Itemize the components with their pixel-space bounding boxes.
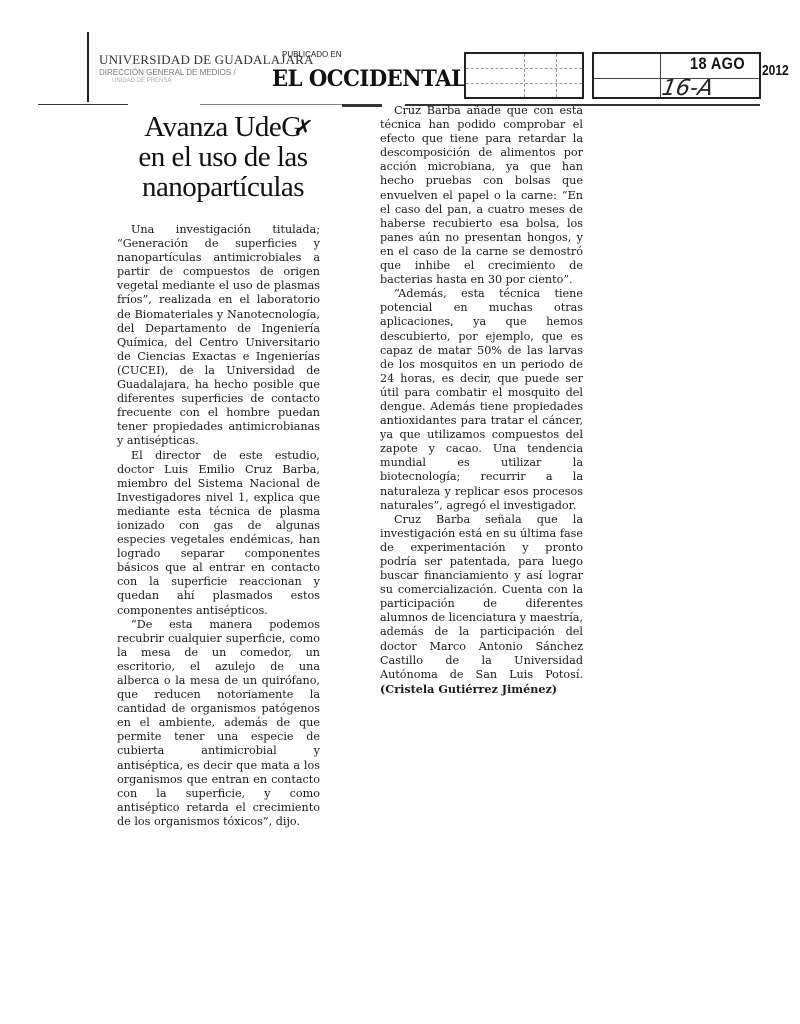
section-grid-box — [464, 52, 584, 99]
article-column-2: Cruz Barba añade que con esta técnica ha… — [380, 104, 583, 697]
paragraph: Una investigación titulada; “Generación … — [117, 223, 320, 449]
paragraph: Cruz Barba añade que con esta técnica ha… — [380, 104, 583, 287]
paragraph-text: Cruz Barba señala que la investigación e… — [380, 513, 583, 681]
paragraph: Cruz Barba señala que la investigación e… — [380, 513, 583, 697]
header-rule-bar — [342, 104, 382, 107]
header-divider — [87, 32, 89, 102]
byline: (Cristela Gutiérrez Jiménez) — [380, 682, 557, 696]
subdepartment-name: UNIDAD DE PRENSA — [112, 78, 171, 84]
paragraph: El director de este estudio, doctor Luis… — [117, 449, 320, 618]
paragraph: “De esta manera podemos recubrir cualqui… — [117, 618, 320, 829]
paragraph: “Además, esta técnica tiene potencial en… — [380, 287, 583, 513]
page-number: 16-A — [660, 76, 715, 101]
publication-year: 2012 — [762, 62, 789, 79]
headline-line-2: en el uso de las — [118, 142, 328, 172]
newspaper-name: EL OCCIDENTAL — [272, 66, 465, 92]
department-name: DIRECCIÓN GENERAL DE MEDIOS / — [99, 68, 236, 77]
publication-date: 18 AGO — [690, 54, 745, 74]
header-rule-left — [38, 104, 128, 105]
published-in-label: PUBLICADO EN — [282, 50, 342, 59]
article-column-1: Una investigación titulada; “Generación … — [117, 223, 320, 829]
headline-line-3: nanopartículas — [118, 172, 328, 202]
